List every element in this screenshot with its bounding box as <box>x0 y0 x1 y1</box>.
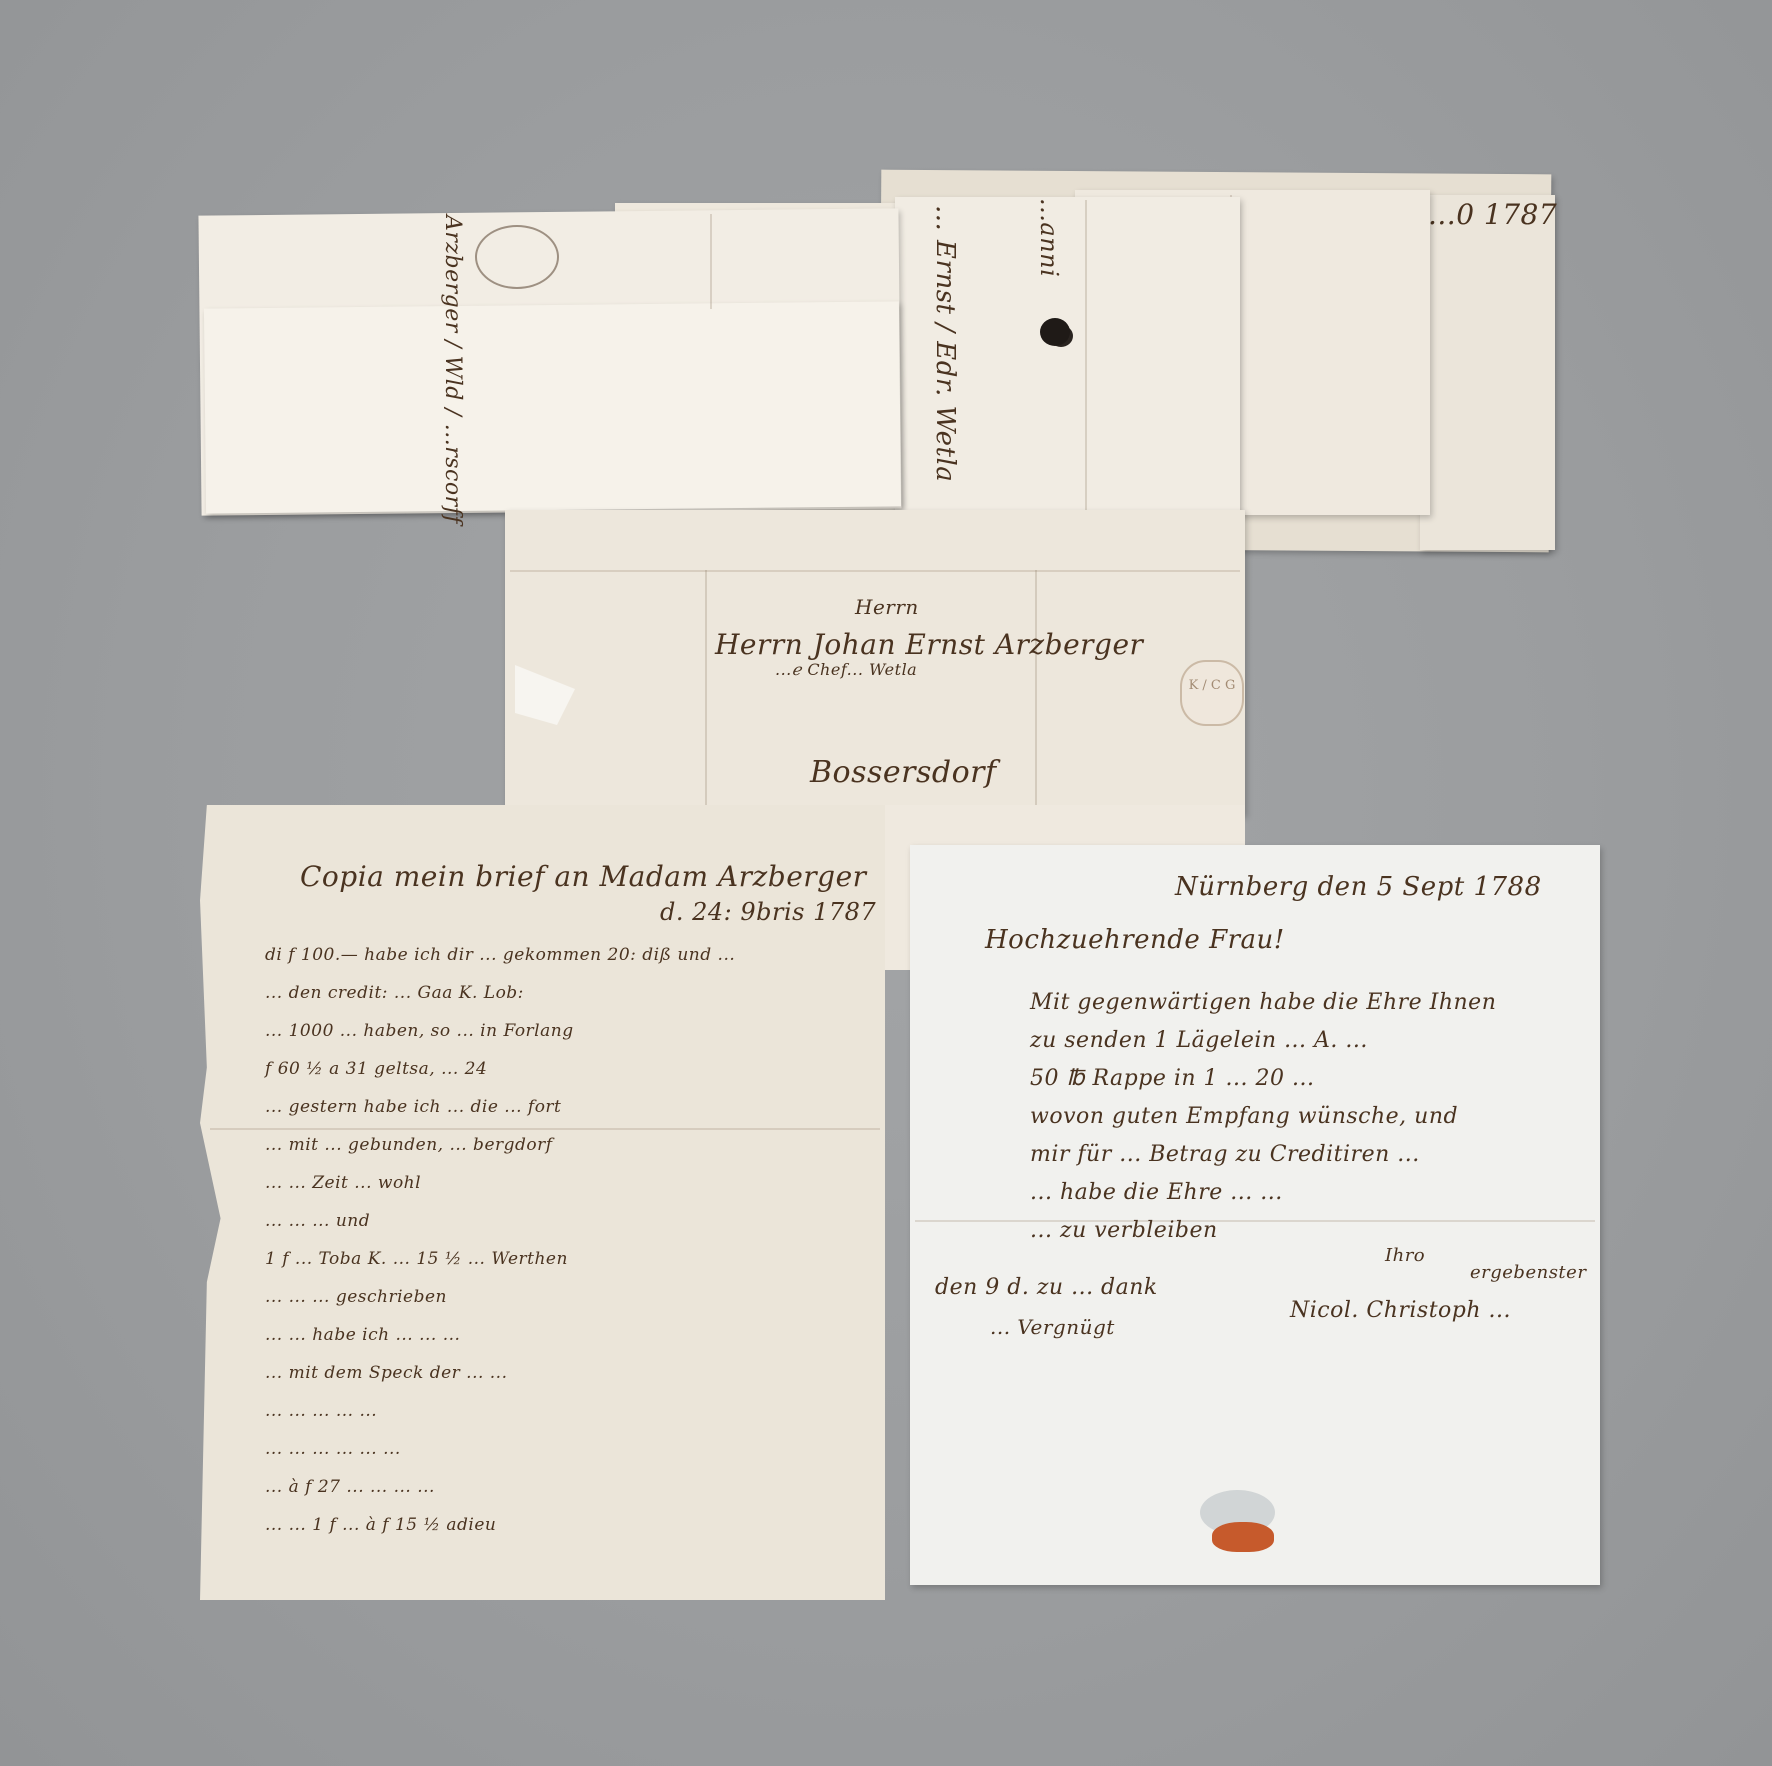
wax-seal-remnant <box>1200 1490 1280 1550</box>
closing-left-2: ... Vergnügt <box>990 1315 1115 1339</box>
body-line: ... ... habe ich ... ... ... <box>265 1325 865 1363</box>
middle-packet-inscription: ... Ernst / Edr. Wetla <box>930 205 960 335</box>
back-letter-right-flap <box>1420 195 1555 550</box>
body-line: ... 1000 ... haben, so ... in Forlang <box>265 1021 865 1059</box>
letter-right-salutation: Hochzuehrende Frau! <box>985 925 1285 955</box>
envelope-line-3: ...ℯ Chef... Wetla <box>775 660 917 679</box>
letter-right-body: Mit gegenwärtigen habe die Ehre Ihnen zu… <box>1030 990 1570 1256</box>
fold-line <box>705 570 707 810</box>
fold-line <box>1085 200 1087 510</box>
body-line: zu senden 1 Lägelein ... A. ... <box>1030 1028 1570 1066</box>
corner-date: ...0 1787 <box>1428 198 1557 231</box>
envelope-line-2: Herrn Johan Ernst Arzberger <box>715 628 1143 661</box>
closing-right-1: Ihro <box>1385 1245 1425 1266</box>
right-packet-inscription: ...anni <box>1035 198 1063 298</box>
letter-left-date: d. 24: 9bris 1787 <box>660 898 876 926</box>
body-line: ... habe die Ehre ... ... <box>1030 1180 1570 1218</box>
body-line: Mit gegenwärtigen habe die Ehre Ihnen <box>1030 990 1570 1028</box>
letter-left-heading: Copia mein brief an Madam Arzberger <box>300 860 867 893</box>
body-line: ... ... ... geschrieben <box>265 1287 865 1325</box>
body-line: ... ... ... und <box>265 1211 865 1249</box>
left-packet-inscription: Arzberger / Wld / ...rscorff <box>440 215 465 305</box>
body-line: ... ... 1 f ... à f 15 ½ adieu <box>265 1515 865 1553</box>
seal-stamp: K / C G <box>1180 660 1244 726</box>
body-line: ... ... ... ... ... <box>265 1401 865 1439</box>
body-line: ... den credit: ... Gaa K. Lob: <box>265 983 865 1021</box>
envelope-line-4: Bossersdorf <box>810 755 997 790</box>
body-line: ... à f 27 ... ... ... ... <box>265 1477 865 1515</box>
body-line: ... zu verbleiben <box>1030 1218 1570 1256</box>
body-line: ... mit dem Speck der ... ... <box>265 1363 865 1401</box>
closing-left-1: den 9 d. zu ... dank <box>935 1275 1158 1300</box>
body-line: ... gestern habe ich ... die ... fort <box>265 1097 865 1135</box>
letter-left-body: di f 100.— habe ich dir ... gekommen 20:… <box>265 945 865 1553</box>
fold-line <box>1035 570 1037 810</box>
body-line: 1 f ... Toba K. ... 15 ½ ... Werthen <box>265 1249 865 1287</box>
seal-stamp-letters: K / C G <box>1182 662 1242 693</box>
body-line: mir für ... Betrag zu Creditiren ... <box>1030 1142 1570 1180</box>
body-line: ... ... Zeit ... wohl <box>265 1173 865 1211</box>
fold-line <box>510 570 1240 572</box>
red-wax <box>1212 1522 1274 1552</box>
body-line: wovon guten Empfang wünsche, und <box>1030 1104 1570 1142</box>
body-line: ... mit ... gebunden, ... bergdorf <box>265 1135 865 1173</box>
wax-seal-black <box>1040 318 1070 346</box>
body-line: f 60 ½ a 31 geltsa, ... 24 <box>265 1059 865 1097</box>
fold-line <box>710 214 712 309</box>
letter-right-place-date: Nürnberg den 5 Sept 1788 <box>1175 872 1542 902</box>
signature: Nicol. Christoph ... <box>1290 1298 1511 1323</box>
body-line: 50 ℔ Rappe in 1 ... 20 ... <box>1030 1066 1570 1104</box>
body-line: ... ... ... ... ... ... <box>265 1439 865 1477</box>
closing-right-2: ergebenster <box>1470 1262 1586 1283</box>
flourish-loops <box>475 225 559 289</box>
envelope-line-1: Herrn <box>855 595 919 619</box>
packet-left-flap <box>204 301 901 513</box>
body-line: di f 100.— habe ich dir ... gekommen 20:… <box>265 945 865 983</box>
